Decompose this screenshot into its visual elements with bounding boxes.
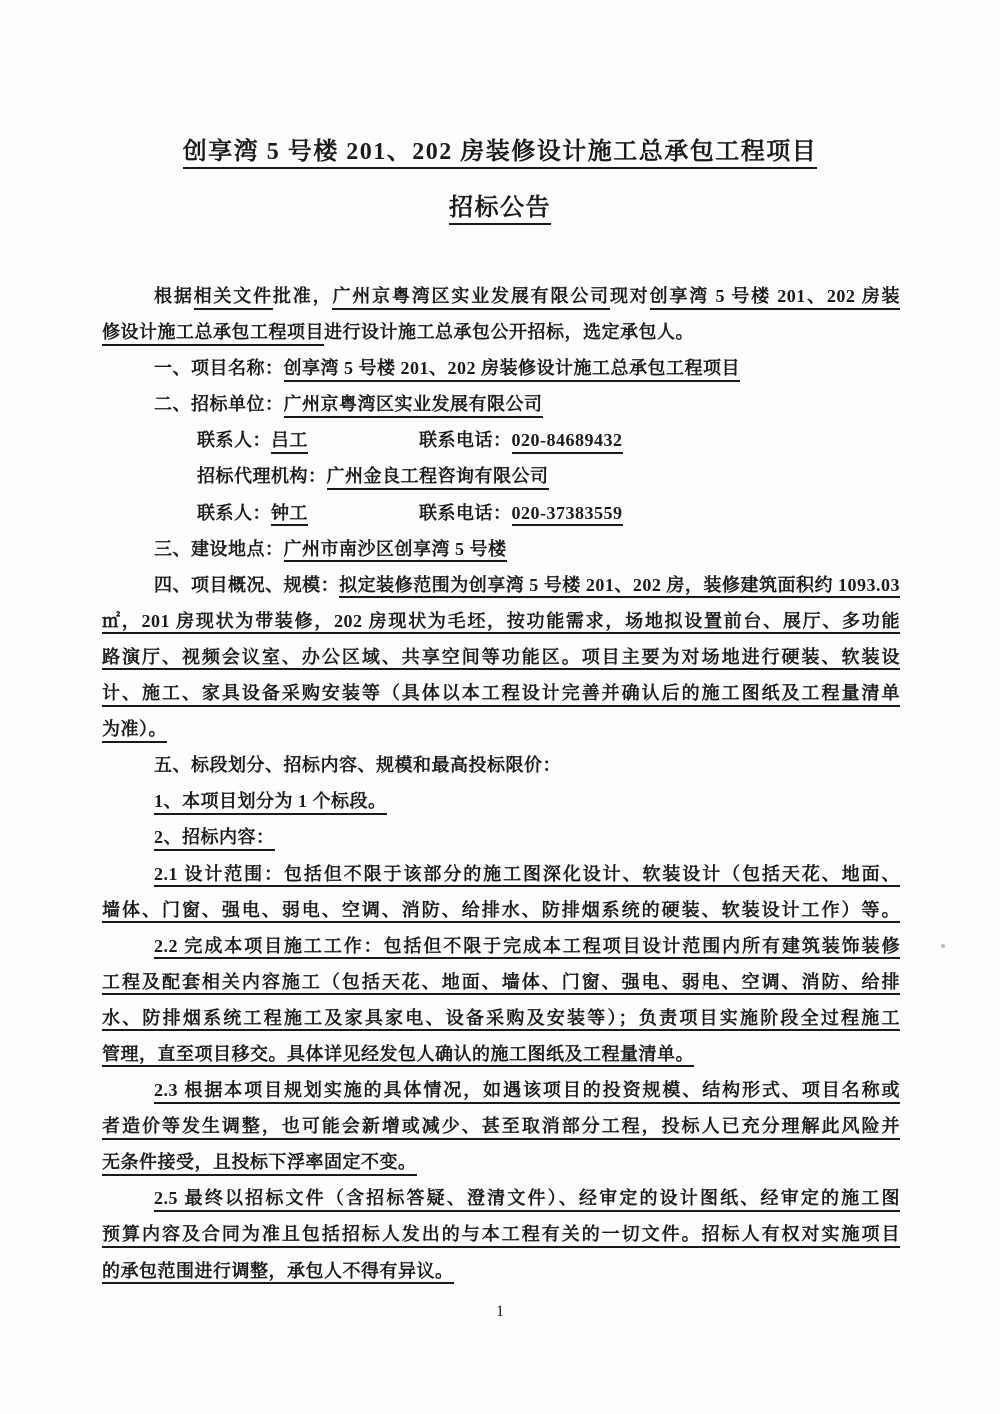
text-segment: 预算内容及合同为准且包括招标人发出的与本工程有关的一切文件。招标人有权对实施项目 [102, 1224, 900, 1248]
text-segment: 2.5 最终以招标文件（含招标答疑、澄清文件）、经审定的设计图纸、经审定的施工图 [154, 1188, 900, 1212]
text-segment: 创享湾 5 号楼 201、202 房装 [650, 286, 900, 310]
text-segment: 相关文件 [194, 286, 273, 310]
text-segment: 2.3 根据本项目规划实施的具体情况，如遇该项目的投资规模、结构形式、项目名称或 [154, 1080, 900, 1104]
text-line: 招标代理机构：广州金良工程咨询有限公司 [102, 458, 900, 494]
text-segment: 联系电话： [419, 430, 512, 450]
text-segment: 广州京粤湾区实业发展有限公司 [332, 286, 610, 310]
text-segment: 创享湾 5 号楼 201、202 房装修设计施工总承包工程项目 [284, 358, 741, 382]
text-line: 一、项目名称：创享湾 5 号楼 201、202 房装修设计施工总承包工程项目 [102, 350, 900, 386]
document-title-text-2: 招标公告 [449, 195, 551, 225]
page-number: 1 [0, 1303, 1000, 1321]
text-segment: 无条件接受，且投标下浮率固定不变。 [102, 1152, 417, 1176]
text-segment: 二、招标单位： [154, 394, 284, 414]
text-segment: 吕工 [271, 430, 308, 454]
text-segment: 一、项目名称： [154, 358, 284, 378]
text-line: 者造价等发生调整，也可能会新增或减少、甚至取消部分工程，投标人已充分理解此风险并 [102, 1108, 900, 1144]
text-segment: 2.2 完成本项目施工工作：包括但不限于完成本工程项目设计范围内所有建筑装饰装修 [154, 936, 900, 960]
text-line: 管理，直至项目移交。具体详见经发包人确认的施工图纸及工程量清单。 [102, 1036, 900, 1072]
text-segment: 1、本项目划分为 1 个标段。 [154, 791, 387, 815]
text-line: 2.1 设计范围：包括但不限于该部分的施工图深化设计、软装设计（包括天花、地面、 [102, 856, 900, 892]
text-segment: 批准， [273, 286, 332, 306]
text-segment: 为准）。 [102, 719, 167, 743]
text-line: 五、标段划分、招标内容、规模和最高投标限价： [102, 747, 900, 783]
text-line: 的承包范围进行调整，承包人不得有异议。 [102, 1253, 900, 1289]
text-segment: 拟定装修范围为创享湾 5 号楼 201、202 房，装修建筑面积约 1093.0… [339, 575, 900, 599]
text-segment: 2.1 设计范围：包括但不限于该部分的施工图深化设计、软装设计（包括天花、地面、 [154, 864, 900, 888]
text-line: 四、项目概况、规模：拟定装修范围为创享湾 5 号楼 201、202 房，装修建筑… [102, 567, 900, 603]
text-line: 为准）。 [102, 711, 900, 747]
text-segment: 三、建设地点： [154, 539, 284, 559]
document-title-block: 创享湾 5 号楼 201、202 房装修设计施工总承包工程项目 招标公告 [0, 124, 1000, 236]
text-line: 根据相关文件批准，广州京粤湾区实业发展有限公司现对创享湾 5 号楼 201、20… [102, 278, 900, 314]
scan-artifact [941, 944, 945, 948]
text-line: 水、防排烟系统工程施工及家具家电、设备采购及安装等）；负责项目实施阶段全过程施工 [102, 1000, 900, 1036]
text-line: 2.2 完成本项目施工工作：包括但不限于完成本工程项目设计范围内所有建筑装饰装修 [102, 928, 900, 964]
text-segment: 进行设计施工总承包公开招标，选定承包人。 [324, 322, 694, 342]
text-line: 工程及配套相关内容施工（包括天花、地面、墙体、门窗、强电、弱电、空调、消防、给排 [102, 964, 900, 1000]
text-segment: 修设计施工总承包工程项目 [102, 322, 324, 346]
text-segment: 020-37383559 [512, 503, 623, 527]
document-body: 根据相关文件批准，广州京粤湾区实业发展有限公司现对创享湾 5 号楼 201、20… [102, 278, 900, 1289]
text-segment: 联系人： [197, 430, 271, 450]
text-segment: 2、招标内容： [154, 827, 275, 851]
text-segment: 020-84689432 [512, 430, 623, 454]
text-segment: 五、标段划分、招标内容、规模和最高投标限价： [154, 755, 561, 775]
text-segment: 联系人： [197, 503, 271, 523]
text-segment: 广州金良工程咨询有限公司 [327, 466, 549, 490]
text-segment: 广州京粤湾区实业发展有限公司 [284, 394, 543, 418]
text-line: 联系人：钟工 联系电话：020-37383559 [102, 495, 900, 531]
document-title-line-2: 招标公告 [0, 180, 1000, 236]
text-segment [308, 430, 419, 450]
text-segment: 计、施工、家具设备采购安装等（具体以本工程设计完善并确认后的施工图纸及工程量清单 [102, 683, 900, 707]
text-segment: 者造价等发生调整，也可能会新增或减少、甚至取消部分工程，投标人已充分理解此风险并 [102, 1116, 900, 1140]
text-segment [308, 503, 419, 523]
document-title-text-1: 创享湾 5 号楼 201、202 房装修设计施工总承包工程项目 [183, 139, 818, 169]
text-segment: 水、防排烟系统工程施工及家具家电、设备采购及安装等）；负责项目实施阶段全过程施工 [102, 1008, 900, 1032]
document-page: 创享湾 5 号楼 201、202 房装修设计施工总承包工程项目 招标公告 根据相… [0, 0, 1000, 1414]
text-line: 墙体、门窗、强电、弱电、空调、消防、给排水、防排烟系统的硬装、软装设计工作）等。 [102, 892, 900, 928]
document-title-line-1: 创享湾 5 号楼 201、202 房装修设计施工总承包工程项目 [0, 124, 1000, 180]
text-segment: 路演厅、视频会议室、办公区域、共享空间等功能区。项目主要为对场地进行硬装、软装设 [102, 647, 900, 671]
text-line: ㎡，201 房现状为带装修，202 房现状为毛坯，按功能需求，场地拟设置前台、展… [102, 603, 900, 639]
text-line: 预算内容及合同为准且包括招标人发出的与本工程有关的一切文件。招标人有权对实施项目 [102, 1216, 900, 1252]
text-line: 2.3 根据本项目规划实施的具体情况，如遇该项目的投资规模、结构形式、项目名称或 [102, 1072, 900, 1108]
text-line: 计、施工、家具设备采购安装等（具体以本工程设计完善并确认后的施工图纸及工程量清单 [102, 675, 900, 711]
text-segment: 联系电话： [419, 503, 512, 523]
text-segment: 现对 [610, 286, 650, 306]
text-line: 三、建设地点：广州市南沙区创享湾 5 号楼 [102, 531, 900, 567]
text-line: 2、招标内容： [102, 819, 900, 855]
text-segment: 工程及配套相关内容施工（包括天花、地面、墙体、门窗、强电、弱电、空调、消防、给排 [102, 972, 900, 996]
text-line: 二、招标单位：广州京粤湾区实业发展有限公司 [102, 386, 900, 422]
text-segment: 管理，直至项目移交。具体详见经发包人确认的施工图纸及工程量清单。 [102, 1044, 694, 1068]
text-line: 无条件接受，且投标下浮率固定不变。 [102, 1144, 900, 1180]
text-segment: 的承包范围进行调整，承包人不得有异议。 [102, 1261, 454, 1285]
text-segment: 根据 [154, 286, 194, 306]
text-segment: 广州市南沙区创享湾 5 号楼 [284, 539, 507, 563]
scan-artifact [702, 986, 704, 990]
text-line: 1、本项目划分为 1 个标段。 [102, 783, 900, 819]
text-line: 路演厅、视频会议室、办公区域、共享空间等功能区。项目主要为对场地进行硬装、软装设 [102, 639, 900, 675]
text-segment: 招标代理机构： [197, 466, 327, 486]
text-line: 修设计施工总承包工程项目进行设计施工总承包公开招标，选定承包人。 [102, 314, 900, 350]
text-segment: 四、项目概况、规模： [154, 575, 339, 595]
text-segment: 墙体、门窗、强电、弱电、空调、消防、给排水、防排烟系统的硬装、软装设计工作）等。 [102, 900, 900, 924]
text-segment: ㎡，201 房现状为带装修，202 房现状为毛坯，按功能需求，场地拟设置前台、展… [102, 611, 900, 635]
text-segment: 钟工 [271, 503, 308, 527]
text-line: 联系人：吕工 联系电话：020-84689432 [102, 422, 900, 458]
scan-artifact [659, 939, 661, 945]
text-line: 2.5 最终以招标文件（含招标答疑、澄清文件）、经审定的设计图纸、经审定的施工图 [102, 1180, 900, 1216]
